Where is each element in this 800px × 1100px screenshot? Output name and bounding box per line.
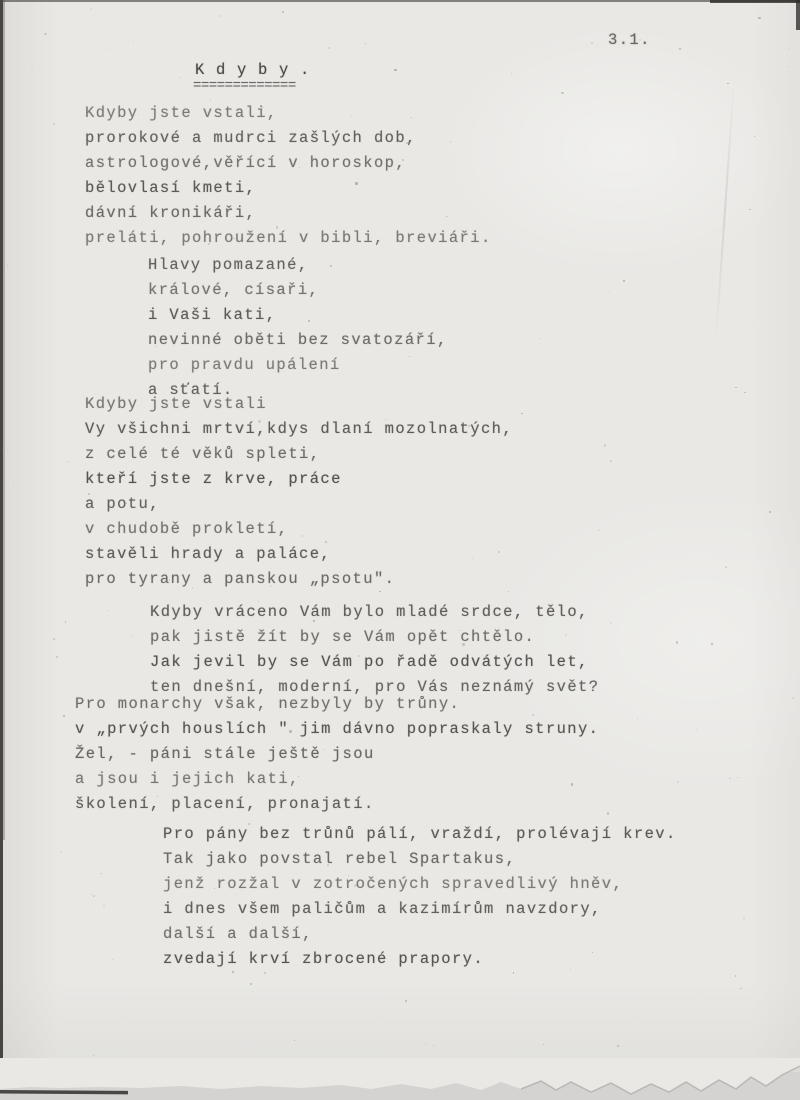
poem-line: zvedají krví zbrocené prapory. — [163, 947, 677, 972]
scan-noise-speck — [769, 511, 771, 513]
scanned-page: 3.1. K d y b y . ============= Kdyby jst… — [0, 0, 800, 1100]
scan-noise-speck — [676, 641, 679, 644]
scan-noise-speck — [604, 444, 607, 447]
scan-noise-speck — [13, 483, 14, 484]
scan-noise-speck — [511, 73, 512, 74]
scan-noise-speck — [727, 83, 729, 85]
scan-noise-speck — [106, 48, 107, 49]
scan-noise-speck — [60, 851, 62, 853]
poem-line: bělovlasí kmeti, — [85, 176, 492, 201]
poem-line: Vy všichni mrtví,kdys dlaní mozolnatých, — [85, 417, 513, 442]
scan-noise-speck — [93, 1055, 94, 1056]
poem-line: Hlavy pomazané, — [148, 253, 448, 278]
scan-noise-speck — [53, 123, 55, 125]
scan-noise-speck — [133, 41, 134, 42]
poem-line: Pro pány bez trůnů pálí, vraždí, proléva… — [163, 822, 677, 847]
poem-line: dávní kronikáři, — [85, 201, 492, 226]
scan-noise-speck — [788, 66, 789, 67]
scan-noise-speck — [365, 43, 366, 44]
poem-line: školení, placení, pronajatí. — [75, 792, 599, 817]
scan-noise-speck — [561, 92, 564, 95]
poem-line: z celé té věků spleti, — [85, 442, 513, 467]
scan-noise-speck — [591, 42, 593, 44]
scan-noise-speck — [607, 812, 610, 815]
scan-noise-speck — [677, 781, 679, 783]
scan-border-top-right — [796, 0, 800, 30]
scan-noise-speck — [90, 8, 93, 11]
scan-border-top — [0, 0, 800, 2]
scan-noise-speck — [56, 656, 58, 658]
stanza-5: Pro monarchy však, nezbyly by trůny.v „p… — [75, 692, 599, 817]
poem-line: další a další, — [163, 922, 677, 947]
scan-noise-speck — [610, 460, 612, 462]
scan-noise-speck — [521, 413, 523, 415]
poem-line: králové, císaři, — [148, 278, 448, 303]
scan-noise-speck — [735, 975, 737, 977]
scan-noise-speck — [610, 622, 612, 624]
poem-line: v „prvých houslích " jim dávno popraskal… — [75, 717, 599, 742]
scan-noise-speck — [737, 777, 738, 778]
torn-bottom-edge — [0, 1058, 800, 1100]
poem-line: i Vaši kati, — [148, 303, 448, 328]
scan-noise-speck — [743, 918, 745, 920]
scan-noise-speck — [617, 1045, 619, 1047]
scan-noise-speck — [749, 209, 751, 211]
page-number: 3.1. — [608, 28, 651, 53]
poem-line: Jak jevil by se Vám po řadě odvátých let… — [150, 650, 599, 675]
stanza-4: Kdyby vráceno Vám bylo mladé srdce, tělo… — [150, 600, 599, 700]
scan-noise-speck — [107, 610, 109, 612]
scan-noise-speck — [754, 136, 755, 137]
scan-noise-speck — [543, 1044, 544, 1045]
paper-crease-right — [715, 80, 735, 340]
poem-line: prorokové a mudrci zašlých dob, — [85, 126, 492, 151]
poem-line: Kdyby jste vstali — [85, 392, 513, 417]
scan-noise-speck — [405, 1000, 407, 1002]
poem-line: Kdyby vráceno Vám bylo mladé srdce, tělo… — [150, 600, 599, 625]
scan-noise-speck — [131, 637, 132, 638]
poem-line: pro tyrany a panskou „psotu". — [85, 567, 513, 592]
scan-noise-speck — [103, 905, 105, 907]
poem-line: i dnes všem paličům a kazimírům navzdory… — [163, 897, 677, 922]
scan-noise-speck — [69, 818, 70, 819]
scan-noise-speck — [789, 48, 790, 49]
stanza-3: Kdyby jste vstaliVy všichni mrtví,kdys d… — [85, 392, 513, 592]
poem-line: Pro monarchy však, nezbyly by trůny. — [75, 692, 599, 717]
scan-noise-speck — [637, 718, 638, 719]
scan-noise-speck — [729, 778, 731, 780]
scan-noise-speck — [711, 643, 713, 645]
scan-noise-speck — [735, 387, 737, 389]
scan-noise-speck — [792, 697, 794, 699]
poem-line: jenž rozžal v zotročených spravedlivý hn… — [163, 872, 677, 897]
scan-noise-speck — [53, 638, 55, 640]
scan-noise-speck — [758, 17, 761, 20]
scan-noise-speck — [328, 47, 330, 49]
scan-noise-speck — [696, 729, 697, 730]
poem-line: Tak jako povstal rebel Spartakus, — [163, 847, 677, 872]
scan-noise-speck — [31, 68, 33, 70]
scan-noise-speck — [698, 994, 699, 995]
scan-noise-speck — [112, 959, 113, 960]
scan-border-left-soft — [3, 0, 5, 840]
scan-noise-speck — [623, 280, 625, 282]
scan-noise-speck — [425, 1043, 426, 1044]
scan-noise-speck — [7, 448, 8, 449]
poem-line: Kdyby jste vstali, — [85, 101, 492, 126]
scan-noise-speck — [598, 529, 600, 531]
scan-noise-speck — [274, 56, 275, 57]
scan-noise-speck — [790, 674, 791, 675]
scan-noise-speck — [63, 715, 66, 718]
scan-noise-speck — [752, 323, 754, 325]
poem-line: pak jistě žít by se Vám opět chtělo. — [150, 625, 599, 650]
scan-noise-speck — [44, 33, 47, 36]
poem-line: v chudobě prokletí, — [85, 517, 513, 542]
scan-noise-speck — [250, 983, 252, 985]
scan-noise-speck — [740, 988, 742, 990]
scan-noise-speck — [93, 895, 95, 897]
scan-noise-speck — [7, 265, 8, 266]
scan-noise-speck — [180, 77, 181, 78]
stanza-1: Kdyby jste vstali,prorokové a mudrci zaš… — [85, 101, 492, 251]
poem-line: Žel, - páni stále ještě jsou — [75, 742, 599, 767]
scan-noise-speck — [65, 621, 67, 623]
scan-noise-speck — [744, 392, 746, 394]
poem-line: nevinné oběti bez svatozáří, — [148, 328, 448, 353]
scan-noise-speck — [294, 1040, 295, 1041]
scan-border-top-right-line — [710, 0, 800, 3]
poem-line: stavěli hrady a paláce, — [85, 542, 513, 567]
scan-noise-speck — [679, 48, 682, 51]
scan-noise-speck — [433, 1045, 434, 1046]
scan-noise-speck — [132, 635, 133, 636]
scan-noise-speck — [252, 991, 253, 992]
poem-line: pro pravdu upálení — [148, 353, 448, 378]
scan-noise-speck — [394, 69, 397, 72]
scan-noise-speck — [160, 62, 161, 63]
scan-noise-speck — [725, 566, 727, 568]
scan-noise-speck — [282, 11, 284, 13]
scan-noise-speck — [219, 15, 222, 18]
poem-line: a jsou i jejich kati, — [75, 767, 599, 792]
poem-title-underline: ============= — [193, 74, 296, 99]
poem-line: preláti, pohroužení v bibli, breviáři. — [85, 226, 492, 251]
scan-noise-speck — [539, 338, 540, 339]
scan-noise-speck — [609, 292, 610, 293]
stanza-6: Pro pány bez trůnů pálí, vraždí, proléva… — [163, 822, 677, 972]
poem-line: astrologové,věřící v horoskop, — [85, 151, 492, 176]
scan-noise-speck — [100, 873, 102, 875]
poem-line: kteří jste z krve, práce — [85, 467, 513, 492]
scan-noise-speck — [68, 461, 69, 462]
stanza-2: Hlavy pomazané,králové, císaři,i Vaši ka… — [148, 253, 448, 403]
poem-line: a potu, — [85, 492, 513, 517]
scan-noise-speck — [91, 894, 92, 895]
